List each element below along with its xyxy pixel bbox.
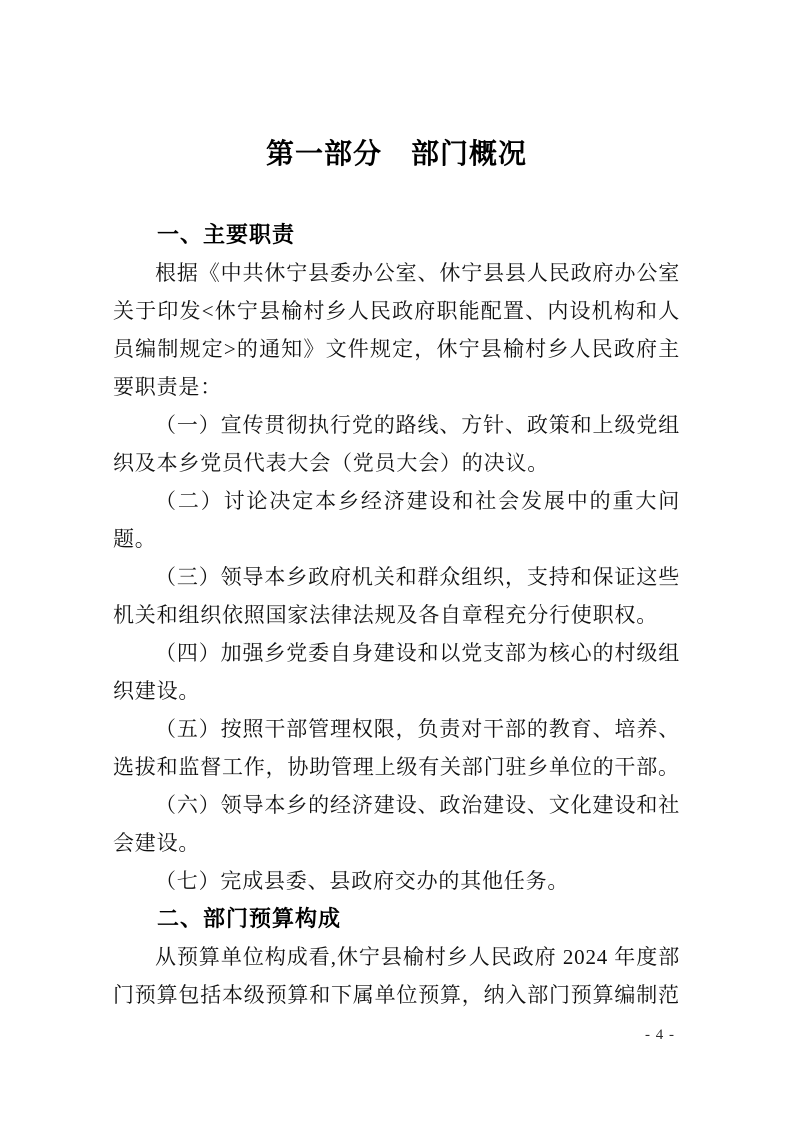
paragraph-duty-1: （一）宣传贯彻执行党的路线、方针、政策和上级党组织及本乡党员代表大会（党员大会）… <box>113 406 680 482</box>
paragraph-duty-4: （四）加强乡党委自身建设和以党支部为核心的村级组织建设。 <box>113 634 680 710</box>
section-heading-budget-composition: 二、部门预算构成 <box>113 900 680 938</box>
paragraph-duty-7: （七）完成县委、县政府交办的其他任务。 <box>113 862 680 900</box>
document-content: 第一部分 部门概况 一、主要职责 根据《中共休宁县委办公室、休宁县县人民政府办公… <box>113 0 680 1014</box>
document-title: 第一部分 部门概况 <box>113 0 680 170</box>
paragraph-intro: 根据《中共休宁县委办公室、休宁县县人民政府办公室关于印发<休宁县榆村乡人民政府职… <box>113 254 680 406</box>
section-heading-main-duties: 一、主要职责 <box>113 216 680 254</box>
paragraph-budget-intro: 从预算单位构成看,休宁县榆村乡人民政府 2024 年度部门预算包括本级预算和下属… <box>113 938 680 1014</box>
paragraph-duty-5: （五）按照干部管理权限，负责对干部的教育、培养、选拔和监督工作，协助管理上级有关… <box>113 710 680 786</box>
paragraph-duty-6: （六）领导本乡的经济建设、政治建设、文化建设和社会建设。 <box>113 786 680 862</box>
page-number: - 4 - <box>645 1026 675 1044</box>
paragraph-duty-2: （二）讨论决定本乡经济建设和社会发展中的重大问题。 <box>113 482 680 558</box>
paragraph-duty-3: （三）领导本乡政府机关和群众组织，支持和保证这些机关和组织依照国家法律法规及各自… <box>113 558 680 634</box>
document-page: 第一部分 部门概况 一、主要职责 根据《中共休宁县委办公室、休宁县县人民政府办公… <box>0 0 793 1122</box>
